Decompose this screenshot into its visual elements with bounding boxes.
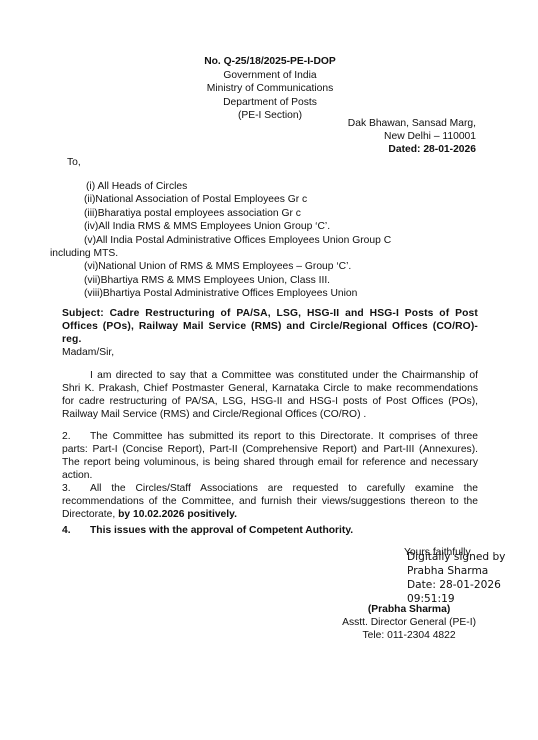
salutation: Madam/Sir, [62,346,114,359]
address-line-2: New Delhi – 110001 [348,130,476,143]
sender-address: Dak Bhawan, Sansad Marg, New Delhi – 110… [348,117,476,156]
paragraph-number: 2. [62,430,90,443]
signatory-designation: Asstt. Director General (PE-I) [342,616,476,629]
signatory-name: (Prabha Sharma) [342,603,476,616]
letter-header: No. Q-25/18/2025-PE-I-DOP Government of … [150,55,390,123]
dsig-line-1: Digitally signed by [407,550,505,564]
paragraph-4-text: This issues with the approval of Compete… [90,525,353,536]
paragraph-4: 4.This issues with the approval of Compe… [62,524,353,537]
dsig-signer: Prabha Sharma [407,564,505,578]
recipient-list: (i) All Heads of Circles (ii)National As… [62,180,482,301]
letter-date: Dated: 28-01-2026 [348,143,476,156]
paragraph-3: 3.All the Circles/Staff Associations are… [62,482,478,521]
to-label: To, [67,156,81,169]
reference-number: No. Q-25/18/2025-PE-I-DOP [150,55,390,69]
paragraph-number: 4. [62,524,90,537]
recipient-item-continuation: including MTS. [50,247,482,260]
recipient-item: (iv)All India RMS & MMS Employees Union … [62,220,482,233]
paragraph-2-text: The Committee has submitted its report t… [62,431,478,481]
recipient-item: (viii)Bhartiya Postal Administrative Off… [62,287,482,300]
dsig-date: Date: 28-01-2026 [407,578,505,592]
address-line-1: Dak Bhawan, Sansad Marg, [348,117,476,130]
subject-line: Subject: Cadre Restructuring of PA/SA, L… [62,307,478,346]
digital-signature-stamp[interactable]: Digitally signed by Prabha Sharma Date: … [407,550,505,606]
deadline-text: by 10.02.2026 positively. [118,509,237,520]
government-line: Government of India [150,69,390,83]
paragraph-number: 3. [62,482,90,495]
recipient-item: (i) All Heads of Circles [62,180,482,193]
recipient-item: (iii)Bharatiya postal employees associat… [62,207,482,220]
ministry-line: Ministry of Communications [150,82,390,96]
recipient-item: (v)All India Postal Administrative Offic… [62,234,482,247]
paragraph-1: I am directed to say that a Committee wa… [62,369,478,421]
recipient-item: (ii)National Association of Postal Emplo… [62,193,482,206]
department-line: Department of Posts [150,96,390,110]
signatory-telephone: Tele: 011-2304 4822 [342,629,476,642]
recipient-item: (vii)Bhartiya RMS & MMS Employees Union,… [62,274,482,287]
signatory-block: (Prabha Sharma) Asstt. Director General … [342,603,476,642]
recipient-item: (vi)National Union of RMS & MMS Employee… [62,260,482,273]
paragraph-2: 2.The Committee has submitted its report… [62,430,478,482]
